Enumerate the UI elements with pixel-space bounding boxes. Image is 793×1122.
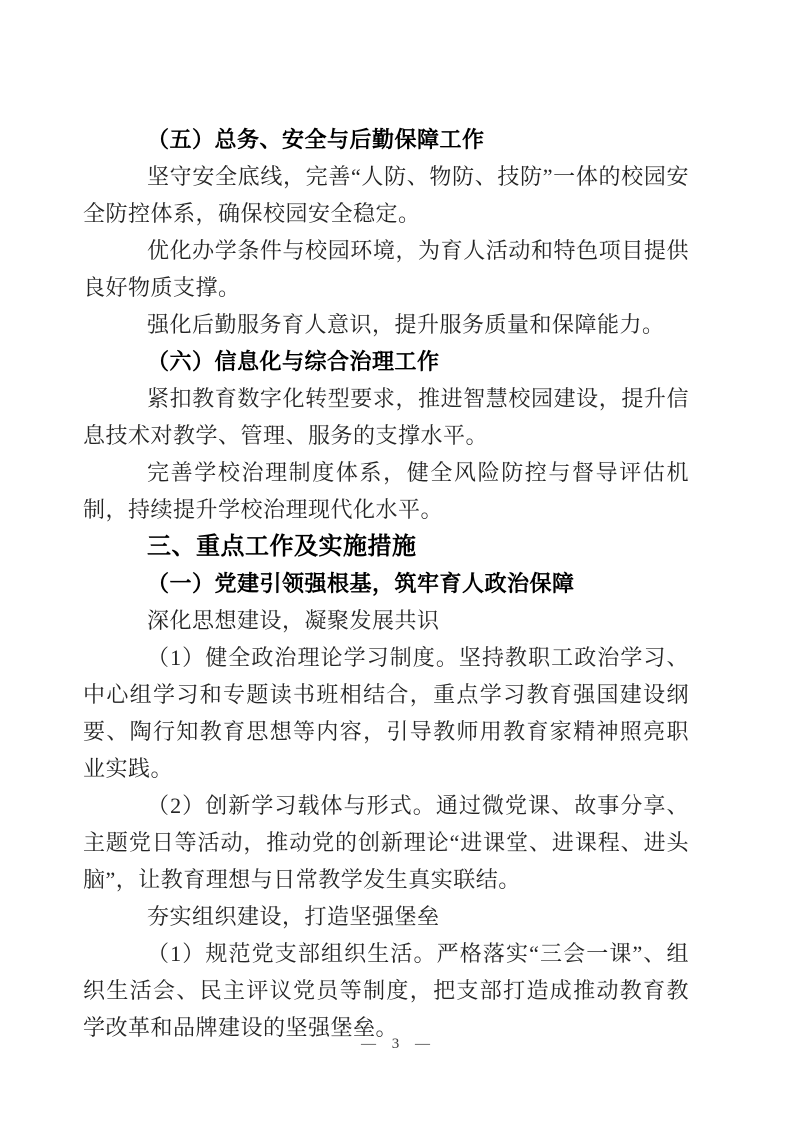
subhead-ideology-building: 深化思想建设，凝聚发展共识 <box>83 602 689 639</box>
paragraph-branch-organization-life: （1）规范党支部组织生活。严格落实“三会一课”、组织生活会、民主评议党员等制度，… <box>83 935 689 1046</box>
section-heading-6-informatization: （六）信息化与综合治理工作 <box>83 343 689 380</box>
paragraph-safety-baseline: 坚守安全底线，完善“人防、物防、技防”一体的校园安全防控体系，确保校园安全稳定。 <box>83 158 689 232</box>
page-number: — 3 — <box>0 1036 793 1053</box>
paragraph-political-theory-study: （1）健全政治理论学习制度。坚持教职工政治学习、中心组学习和专题读书班相结合，重… <box>83 639 689 787</box>
paragraph-governance-system: 完善学校治理制度体系，健全风险防控与督导评估机制，持续提升学校治理现代化水平。 <box>83 454 689 528</box>
chapter-heading-3-key-tasks: 三、重点工作及实施措施 <box>83 528 689 565</box>
paragraph-campus-environment: 优化办学条件与校园环境，为育人活动和特色项目提供良好物质支撑。 <box>83 232 689 306</box>
paragraph-logistics-service: 强化后勤服务育人意识，提升服务质量和保障能力。 <box>83 306 689 343</box>
section-heading-5-logistics-safety: （五）总务、安全与后勤保障工作 <box>83 121 689 158</box>
section-heading-1-party-building: （一）党建引领强根基，筑牢育人政治保障 <box>83 565 689 602</box>
document-body: （五）总务、安全与后勤保障工作 坚守安全底线，完善“人防、物防、技防”一体的校园… <box>83 121 689 1046</box>
paragraph-digital-transformation: 紧扣教育数字化转型要求，推进智慧校园建设，提升信息技术对教学、管理、服务的支撑水… <box>83 380 689 454</box>
subhead-organization-building: 夯实组织建设，打造坚强堡垒 <box>83 898 689 935</box>
document-page: （五）总务、安全与后勤保障工作 坚守安全底线，完善“人防、物防、技防”一体的校园… <box>0 0 793 1122</box>
paragraph-study-carriers-forms: （2）创新学习载体与形式。通过微党课、故事分享、主题党日等活动，推动党的创新理论… <box>83 787 689 898</box>
